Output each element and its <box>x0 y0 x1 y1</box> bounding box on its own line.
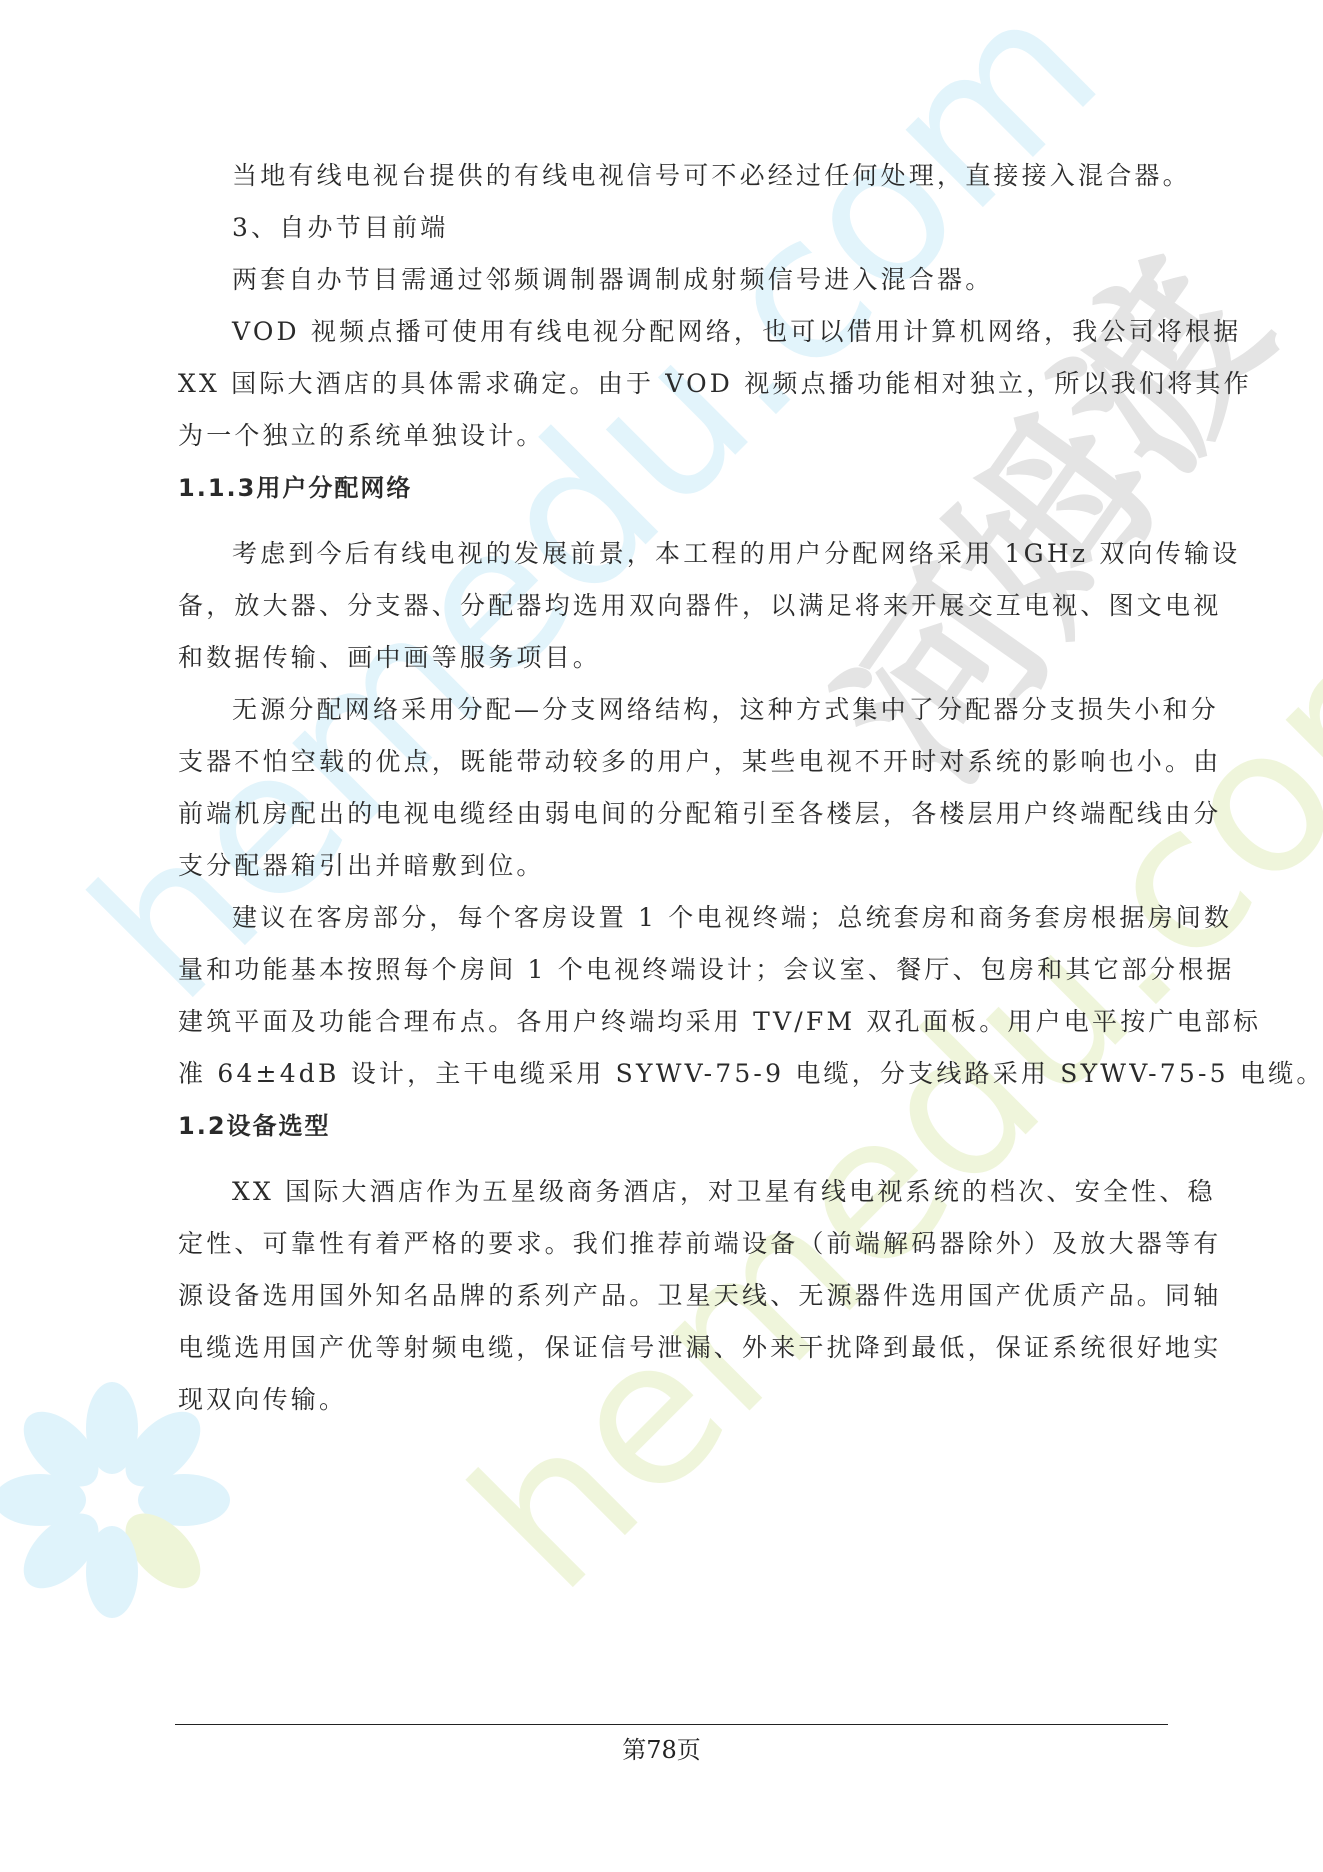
footer-divider <box>175 1724 1168 1725</box>
paragraph-line: XX 国际大酒店的具体需求确定。由于 VOD 视频点播功能相对独立，所以我们将其… <box>178 358 1168 410</box>
paragraph-line: 考虑到今后有线电视的发展前景，本工程的用户分配网络采用 1GHz 双向传输设 <box>178 528 1168 580</box>
paragraph-line: 和数据传输、画中画等服务项目。 <box>178 632 1168 684</box>
list-item-heading: 3、自办节目前端 <box>178 202 1168 254</box>
spacer <box>178 514 1168 528</box>
paragraph-line: 源设备选用国外知名品牌的系列产品。卫星天线、无源器件选用国产优质产品。同轴 <box>178 1270 1168 1322</box>
paragraph-line: 无源分配网络采用分配—分支网络结构，这种方式集中了分配器分支损失小和分 <box>178 684 1168 736</box>
paragraph-line: 电缆选用国产优等射频电缆，保证信号泄漏、外来干扰降到最低，保证系统很好地实 <box>178 1322 1168 1374</box>
paragraph-line: 支分配器箱引出并暗敷到位。 <box>178 840 1168 892</box>
document-body: 当地有线电视台提供的有线电视信号可不必经过任何处理，直接接入混合器。 3、自办节… <box>178 150 1168 1426</box>
section-heading: 1.2设备选型 <box>178 1100 1168 1152</box>
paragraph-line: 当地有线电视台提供的有线电视信号可不必经过任何处理，直接接入混合器。 <box>178 150 1168 202</box>
paragraph-line: 备，放大器、分支器、分配器均选用双向器件，以满足将来开展交互电视、图文电视 <box>178 580 1168 632</box>
paragraph-line: 两套自办节目需通过邻频调制器调制成射频信号进入混合器。 <box>178 254 1168 306</box>
spacer <box>178 1152 1168 1166</box>
paragraph-line: 建议在客房部分，每个客房设置 1 个电视终端；总统套房和商务套房根据房间数 <box>178 892 1168 944</box>
paragraph-line: VOD 视频点播可使用有线电视分配网络，也可以借用计算机网络，我公司将根据 <box>178 306 1168 358</box>
paragraph-line: 为一个独立的系统单独设计。 <box>178 410 1168 462</box>
section-heading: 1.1.3用户分配网络 <box>178 462 1168 514</box>
paragraph-line: 现双向传输。 <box>178 1374 1168 1426</box>
paragraph-line: XX 国际大酒店作为五星级商务酒店，对卫星有线电视系统的档次、安全性、稳 <box>178 1166 1168 1218</box>
paragraph-line: 定性、可靠性有着严格的要求。我们推荐前端设备（前端解码器除外）及放大器等有 <box>178 1218 1168 1270</box>
paragraph-line: 支器不怕空载的优点，既能带动较多的用户，某些电视不开时对系统的影响也小。由 <box>178 736 1168 788</box>
paragraph-line: 前端机房配出的电视电缆经由弱电间的分配箱引至各楼层，各楼层用户终端配线由分 <box>178 788 1168 840</box>
paragraph-line: 建筑平面及功能合理布点。各用户终端均采用 TV/FM 双孔面板。用户电平按广电部… <box>178 996 1168 1048</box>
page-number: 第78页 <box>0 1730 1323 1765</box>
paragraph-line: 量和功能基本按照每个房间 1 个电视终端设计；会议室、餐厅、包房和其它部分根据 <box>178 944 1168 996</box>
paragraph-line: 准 64±4dB 设计，主干电缆采用 SYWV-75-9 电缆，分支线路采用 S… <box>178 1048 1168 1100</box>
